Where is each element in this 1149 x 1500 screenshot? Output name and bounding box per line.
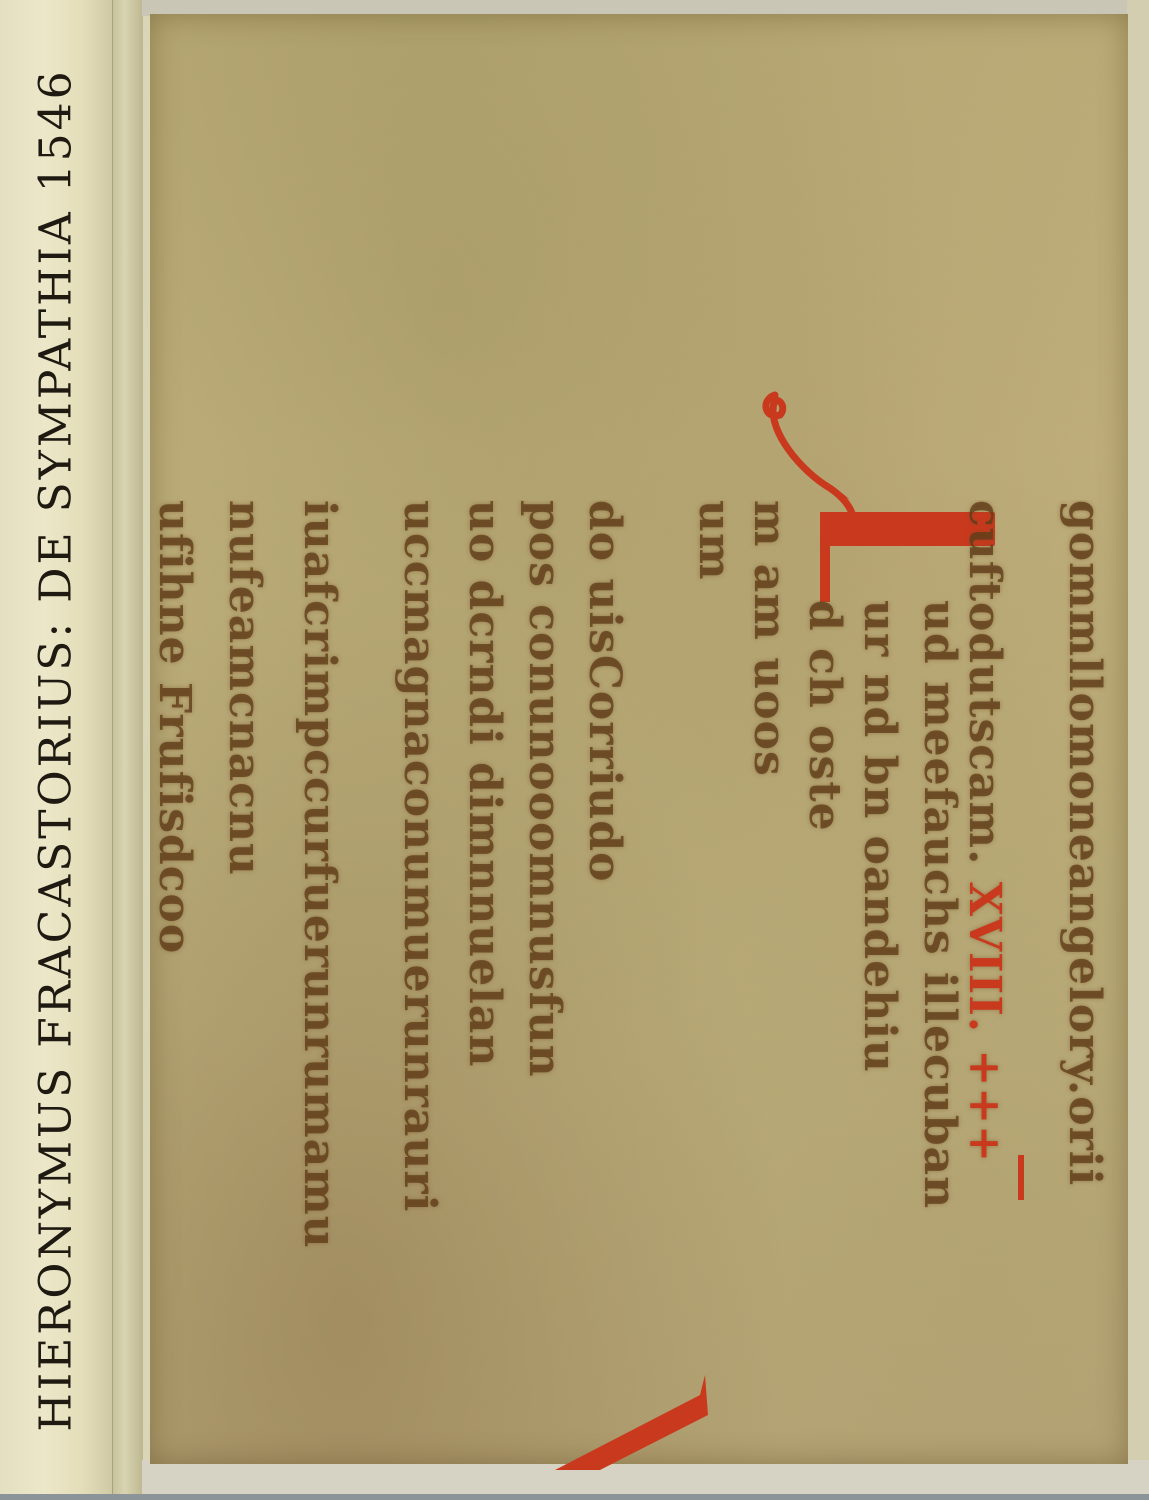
book-spine: HIERONYMUS FRACASTORIUS: DE SYMPATHIA 15… [0,0,112,1500]
red-initial-I-stem [820,512,830,602]
manuscript-line: uccmagnaconumuerunrauri [389,500,445,1260]
rubric-numeral: XVIII. +++ [959,882,1010,1163]
spine-hinge [112,0,143,1500]
manuscript-line: do uisCorriudo [574,500,630,1260]
manuscript-line: gommllomoneangelory.orii [1054,500,1110,1260]
manuscript-line: ufihne Frufisdcoo [144,500,200,1260]
manuscript-line: pos conunooomnusfun [514,500,570,1260]
photo-bottom-edge [0,1494,1149,1500]
cover-edge-right [1127,0,1149,1500]
manuscript-line: m am uoos [739,500,795,1260]
manuscript-line: iuafcrimpccurfuerunrumamu [289,500,345,1260]
manuscript-line: ud meefauchs illecuban [909,600,965,1260]
manuscript-line: nufeamcnacnu [214,500,270,1260]
manuscript-line: uo dcrndi dimnnuelan [454,500,510,1260]
rubric-cross-mark [1018,1155,1024,1200]
red-initial-fragment-icon [550,1375,710,1470]
manuscript-line: d ch oste [794,600,850,1260]
manuscript-line: um [684,500,740,1260]
spine-title: HIERONYMUS FRACASTORIUS: DE SYMPATHIA 15… [31,68,82,1431]
manuscript-line: ur nd bn oandehiu [849,600,905,1260]
